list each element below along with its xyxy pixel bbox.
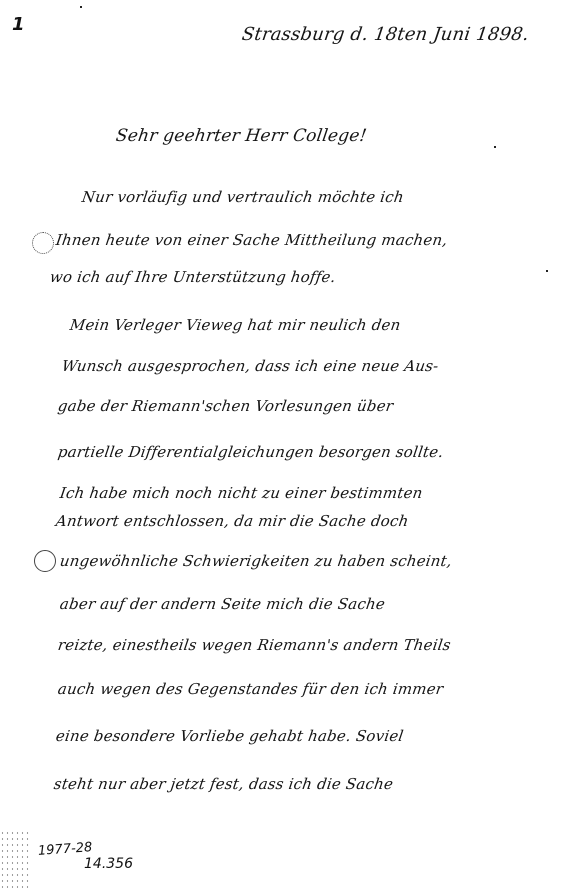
archive-subnumber: 14.356 — [84, 856, 133, 872]
letter-page: 1 Strassburg d. 18ten Juni 1898. Sehr ge… — [0, 0, 569, 889]
body-line: partielle Differentialgleichungen besorg… — [57, 443, 445, 461]
body-line: reizte, einestheils wegen Riemann's ande… — [57, 636, 452, 654]
body-line: steht nur aber jetzt fest, dass ich die … — [53, 775, 395, 793]
body-line: Mein Verleger Vieweg hat mir neulich den — [69, 316, 402, 334]
ink-speck — [80, 6, 82, 8]
ink-speck — [494, 146, 496, 148]
body-line: wo ich auf Ihre Unterstützung hoffe. — [49, 268, 337, 286]
punch-hole-mark — [34, 550, 56, 572]
salutation: Sehr geehrter Herr College! — [115, 126, 368, 146]
scan-noise — [0, 830, 30, 889]
punch-hole-mark — [32, 232, 54, 254]
body-line: auch wegen des Gegenstandes für den ich … — [57, 680, 445, 698]
body-line: Ich habe mich noch nicht zu einer bestim… — [59, 484, 424, 502]
page-number: 1 — [12, 14, 25, 35]
ink-speck — [546, 270, 548, 272]
body-line: aber auf der andern Seite mich die Sache — [59, 595, 387, 613]
body-line: Ihnen heute von einer Sache Mittheilung … — [55, 231, 449, 249]
body-line: Wunsch ausgesprochen, dass ich eine neue… — [61, 357, 440, 375]
body-line: Nur vorläufig und vertraulich möchte ich — [81, 188, 405, 206]
body-line: gabe der Riemann'schen Vorlesungen über — [57, 397, 395, 415]
dateline: Strassburg d. 18ten Juni 1898. — [241, 24, 531, 45]
body-line: Antwort entschlossen, da mir die Sache d… — [55, 512, 410, 530]
body-line: eine besondere Vorliebe gehabt habe. Sov… — [55, 727, 405, 745]
body-line: ungewöhnliche Schwierigkeiten zu haben s… — [59, 552, 453, 570]
